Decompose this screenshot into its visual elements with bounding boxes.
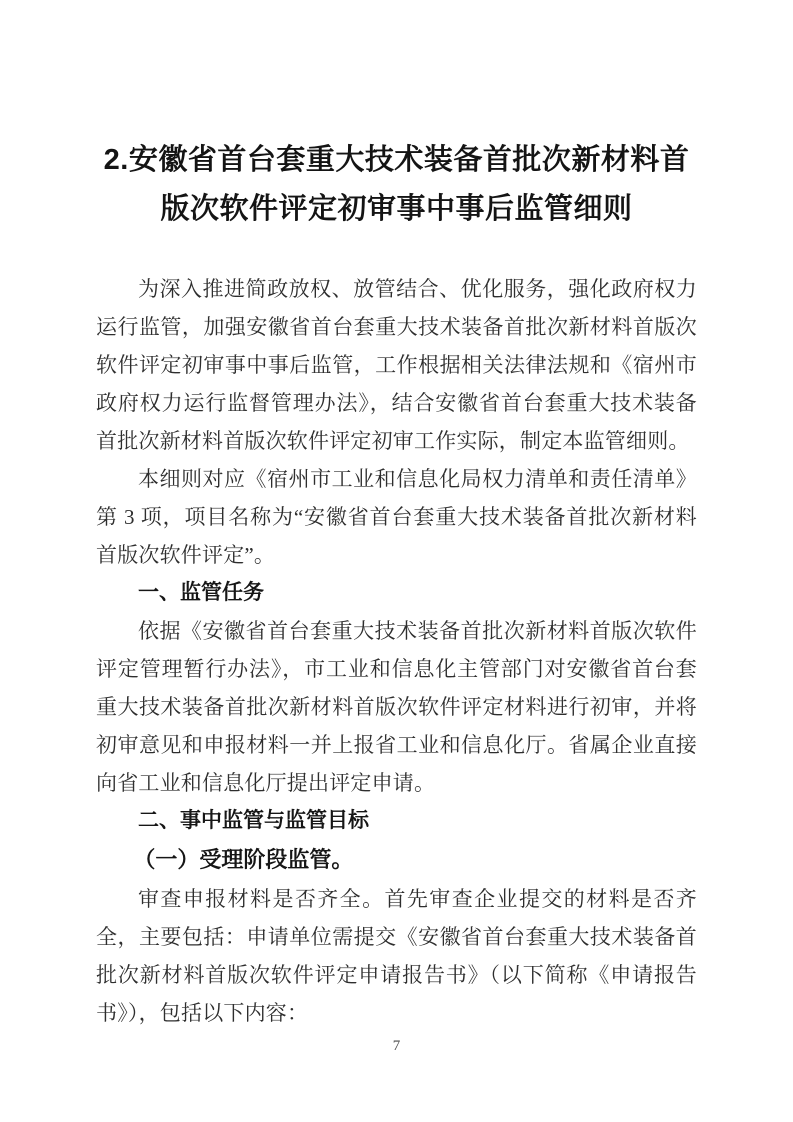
section-heading-supervision-task: 一、监管任务 — [96, 574, 697, 612]
paragraph-supervision-task: 依据《安徽省首台套重大技术装备首批次新材料首版次软件评定管理暂行办法》，市工业和… — [96, 612, 697, 802]
document-page: 2.安徽省首台套重大技术装备首批次新材料首版次软件评定初审事中事后监管细则 为深… — [0, 0, 793, 1122]
subsection-heading-acceptance-stage: （一）受理阶段监管。 — [96, 840, 697, 880]
document-body: 为深入推进简政放权、放管结合、优化服务，强化政府权力运行监管，加强安徽省首台套重… — [96, 270, 697, 1032]
paragraph-correspondence: 本细则对应《宿州市工业和信息化局权力清单和责任清单》第 3 项，项目名称为“安徽… — [96, 460, 697, 574]
title-line-2: 版次软件评定初审事中事后监管细则 — [160, 193, 632, 225]
document-title: 2.安徽省首台套重大技术装备首批次新材料首版次软件评定初审事中事后监管细则 — [96, 136, 697, 234]
paragraph-material-review: 审查申报材料是否齐全。首先审查企业提交的材料是否齐全，主要包括：申请单位需提交《… — [96, 880, 697, 1032]
section-heading-in-process-supervision: 二、事中监管与监管目标 — [96, 802, 697, 840]
document-content: 2.安徽省首台套重大技术装备首批次新材料首版次软件评定初审事中事后监管细则 为深… — [96, 136, 697, 1032]
title-line-1: 2.安徽省首台套重大技术装备首批次新材料首 — [104, 144, 690, 176]
paragraph-intro: 为深入推进简政放权、放管结合、优化服务，强化政府权力运行监管，加强安徽省首台套重… — [96, 270, 697, 460]
page-number: 7 — [0, 1038, 793, 1055]
